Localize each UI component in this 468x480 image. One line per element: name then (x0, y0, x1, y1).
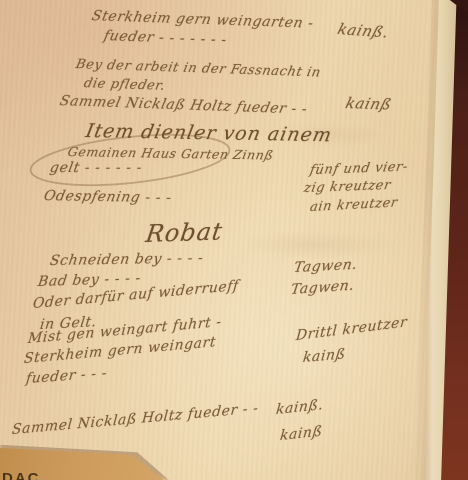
amount-entry: Tagwen. (290, 277, 356, 298)
handwriting-line: Schneiden bey - - - - (49, 250, 205, 269)
amount-entry: Tagwen. (293, 257, 359, 276)
handwriting-line: Odespfening - - - (42, 188, 173, 206)
amount-entry: Drittl kreutzer (295, 314, 408, 344)
amount-entry: kainß (302, 346, 347, 366)
handwriting-line: Sammel Nicklaß Holtz fueder - - (58, 93, 309, 118)
amount-entry: fünf und vier- (309, 160, 410, 179)
amount-entry: kainß (344, 94, 394, 113)
amount-entry: kainß (279, 423, 323, 444)
amount-entry: zig kreutzer (303, 178, 392, 196)
handwriting-line: die pfleder. (82, 76, 167, 94)
slip-print-text: DAC (2, 470, 41, 480)
handwriting-line: gelt - - - - - - (49, 160, 144, 176)
manuscript-photo: Sterkheim gern weingarten - fueder - - -… (0, 0, 468, 480)
amount-entry: ain kreutzer (309, 195, 399, 215)
handwriting-line: fueder - - - - - - - (102, 28, 228, 48)
entry-heading: Item dienler von ainem (84, 120, 334, 146)
handwriting-line: fueder - - - (25, 365, 108, 387)
section-heading: Robat (144, 217, 225, 248)
amount-entry: kainß. (275, 397, 324, 418)
amount-entry: kainß. (335, 20, 391, 41)
handwriting-line: Sammel Nicklaß Holtz fueder - - (11, 400, 259, 438)
